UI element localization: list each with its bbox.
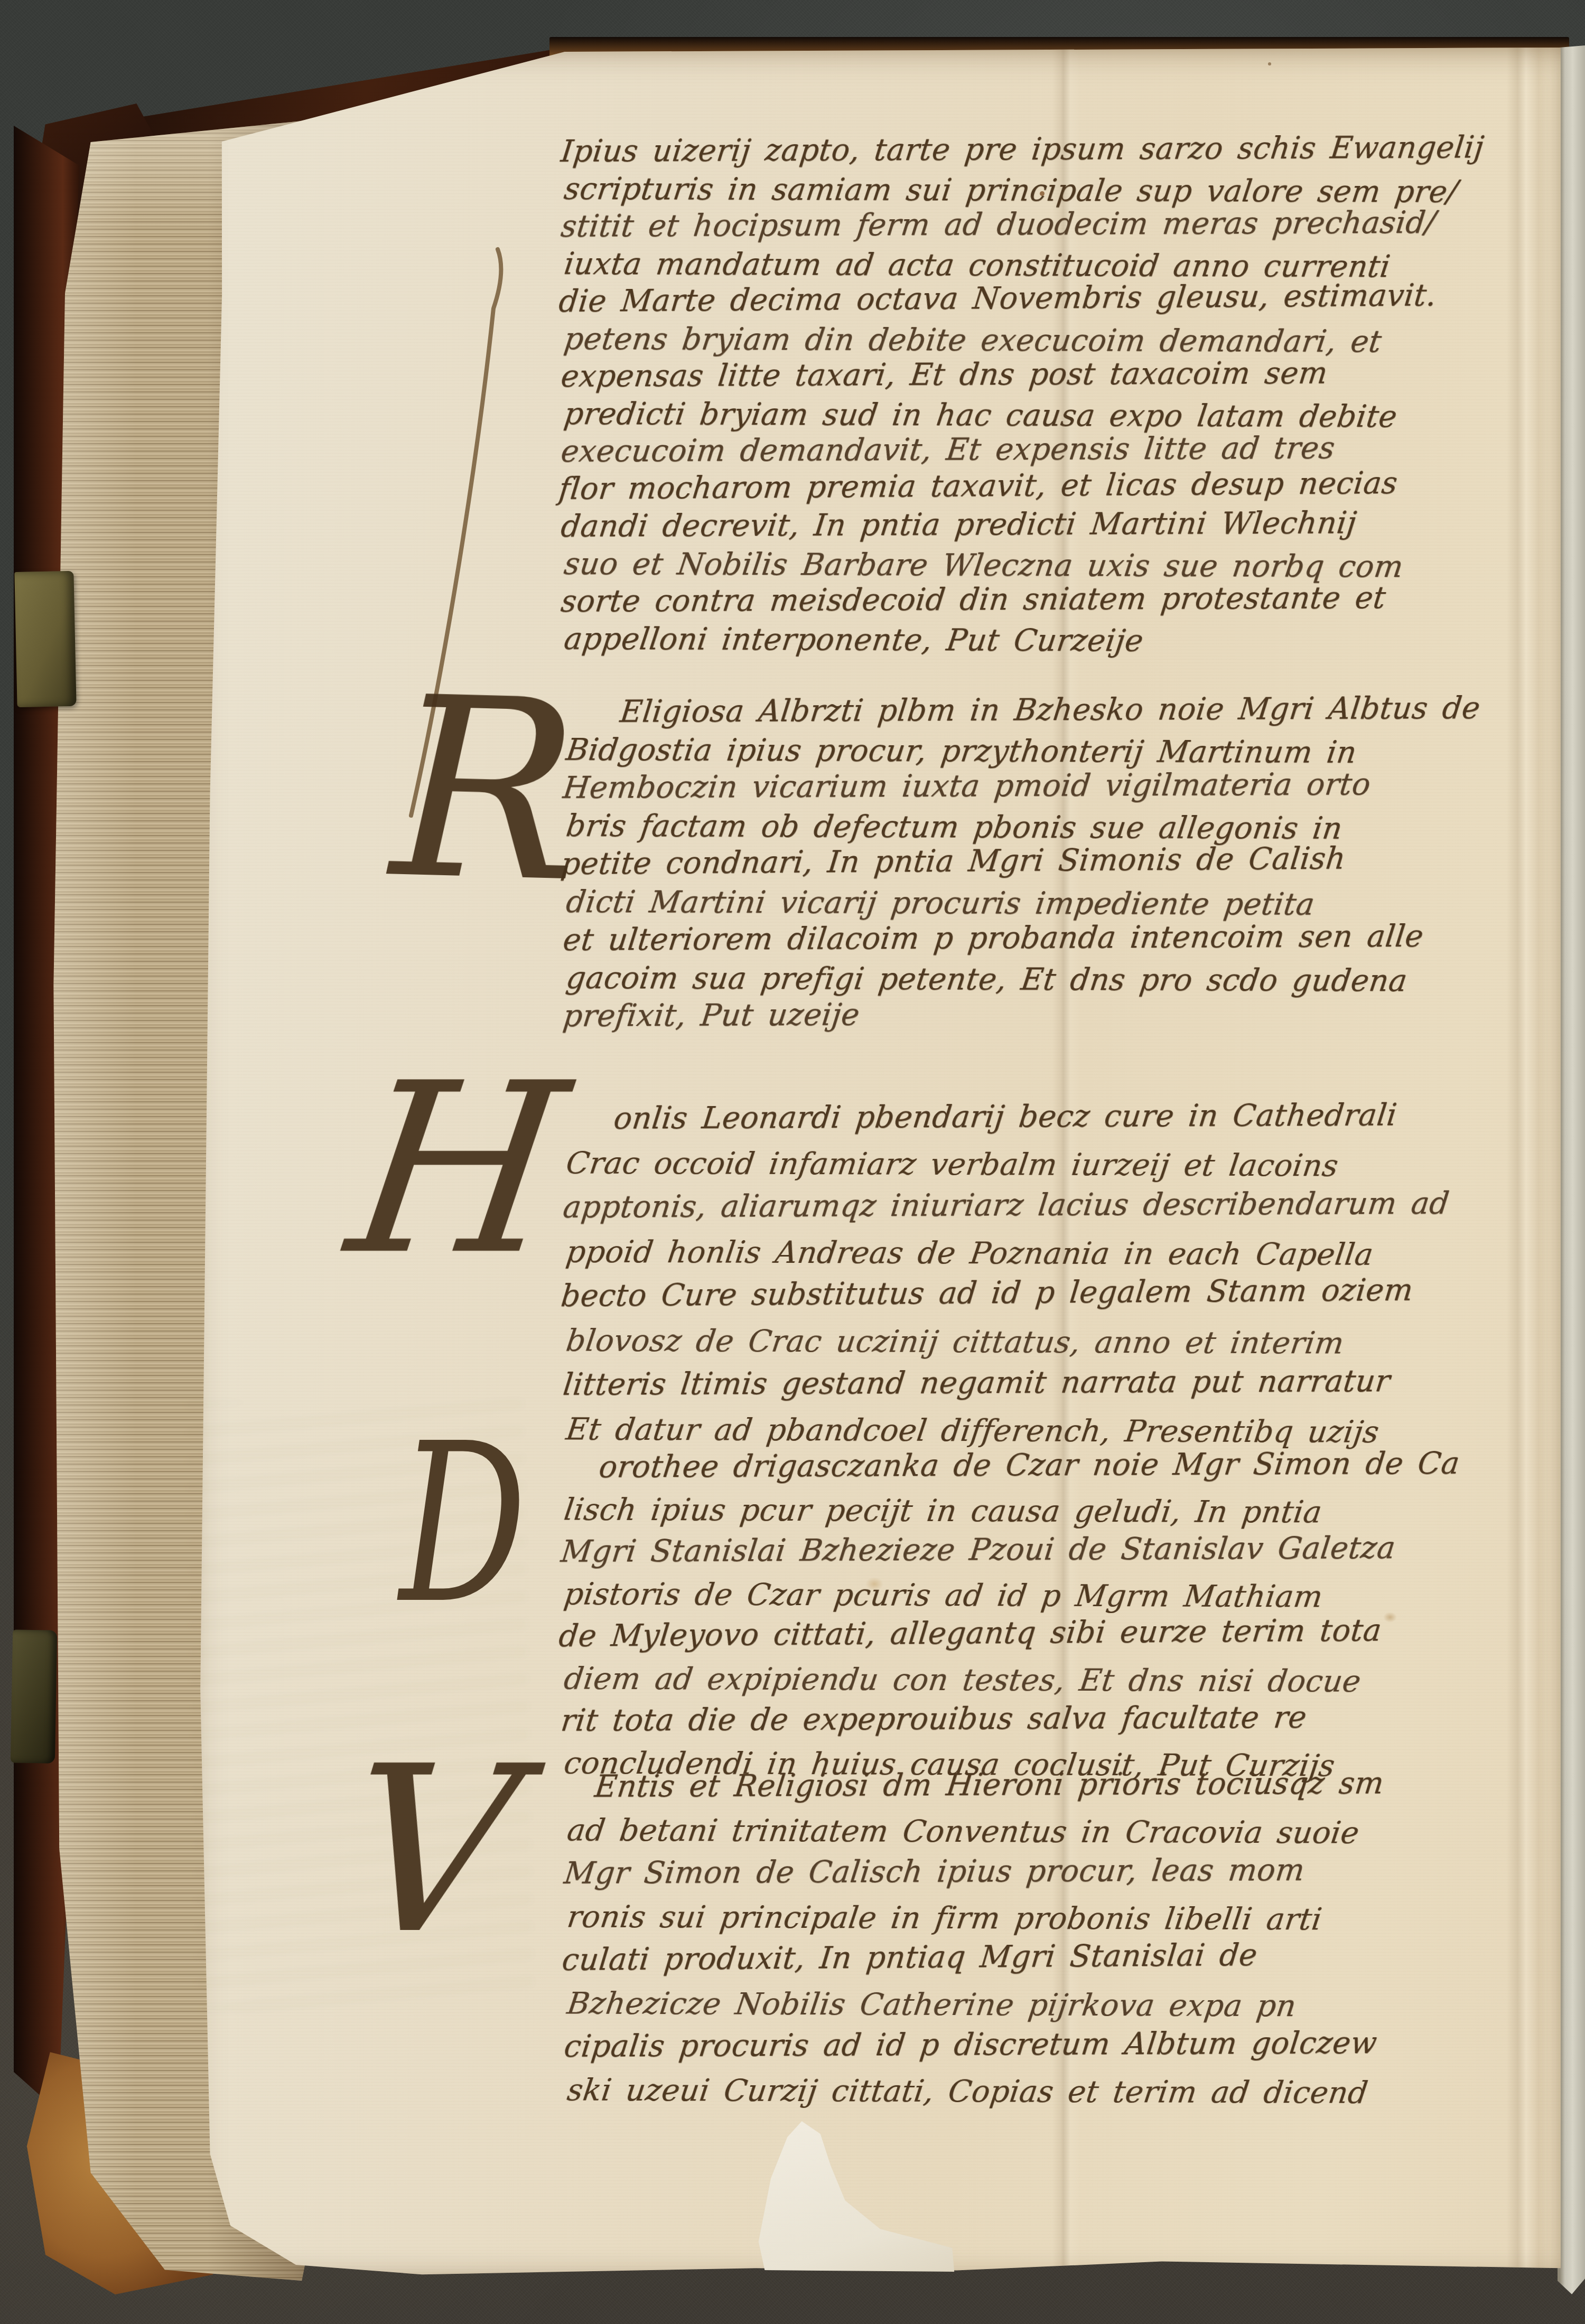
manuscript-text-line: petite condnari, In pntia Mgri Simonis d…	[559, 839, 1483, 883]
manuscript-text-line: Crac occoid infamiarz verbalm iurzeij et…	[563, 1141, 1451, 1188]
manuscript-paragraph-4: orothee drigasczanka de Czar noie Mgr Si…	[561, 1446, 1459, 1784]
manuscript-text-line: litteris ltimis gestand negamit narrata …	[561, 1359, 1452, 1407]
paragraph-initial: D	[399, 1414, 527, 1634]
manuscript-text-block: R H D V Ipius uizerij zapto, tarte pre i…	[0, 0, 1585, 2324]
manuscript-text-line: Eligiosa Albrzti plbm in Bzhesko noie Mg…	[618, 689, 1483, 731]
manuscript-text-line: expensas litte taxari, Et dns post taxac…	[559, 354, 1486, 396]
manuscript-text-line: becto Cure substitutus ad id p legalem S…	[559, 1268, 1452, 1318]
photo-backdrop: R H D V Ipius uizerij zapto, tarte pre i…	[0, 0, 1585, 2324]
manuscript-paragraph-5: Entis et Religiosi dm Hieroni prioris to…	[564, 1765, 1383, 2112]
manuscript-text-line: Bzhezicze Nobilis Catherine pijrkova exp…	[564, 1982, 1386, 2028]
manuscript-text-line: orothee drigasczanka de Czar noie Mgr Si…	[596, 1442, 1462, 1488]
paragraph-initial: R	[389, 664, 582, 917]
manuscript-text-line: stitit et hocipsum ferm ad duodecim mera…	[559, 204, 1486, 246]
manuscript-paragraph-1: Ipius uizerij zapto, tarte pre ipsum sar…	[561, 133, 1483, 658]
manuscript-text-line: ski uzeui Curzij cittati, Copias et teri…	[564, 2068, 1386, 2114]
manuscript-text-line: appelloni interponente, Put Curzeije	[562, 621, 1485, 661]
manuscript-text-line: de Myleyovo cittati, allegantq sibi eurz…	[557, 1609, 1462, 1657]
manuscript-text-line: Mgr Simon de Calisch ipius procur, leas …	[562, 1848, 1386, 1895]
manuscript-text-line: rit tota die de expeprouibus salva facul…	[558, 1696, 1462, 1742]
manuscript-text-line: flor mocharom premia taxavit, et licas d…	[557, 464, 1486, 508]
manuscript-text-line: dandi decrevit, In pntia predicti Martin…	[559, 504, 1486, 546]
manuscript-text-line: execucoim demandavit, Et expensis litte …	[559, 429, 1486, 471]
manuscript-text-line: apptonis, aliarumqz iniuriarz lacius des…	[561, 1182, 1452, 1230]
manuscript-text-line: ad betani trinitatem Conventus in Cracov…	[564, 1808, 1386, 1854]
paragraph-initial: H	[339, 1052, 577, 1287]
manuscript-text-line: Ipius uizerij zapto, tarte pre ipsum sar…	[559, 129, 1486, 171]
manuscript-text-line: Hemboczin vicarium iuxta pmoid vigilmate…	[561, 765, 1483, 807]
manuscript-text-line: cipalis procuris ad id p discretum Albtu…	[562, 2021, 1386, 2068]
manuscript-text-line: et ulteriorem dilacoim p probanda intenc…	[561, 917, 1483, 959]
manuscript-paragraph-2: Eligiosa Albrzti plbm in Bzhesko noie Mg…	[563, 693, 1480, 1035]
manuscript-text-line: sorte contra meisdecoid din sniatem prot…	[559, 579, 1486, 621]
manuscript-text-line: prefixit, Put uzeije	[561, 993, 1483, 1035]
paragraph-initial: V	[339, 1736, 529, 1965]
manuscript-text-line: Mgri Stanislai Bzhezieze Pzoui de Stanis…	[558, 1527, 1462, 1573]
manuscript-paragraph-3: onlis Leonardi pbendarij becz cure in Ca…	[563, 1097, 1449, 1451]
manuscript-text-line: culati produxit, In pntiaq Mgri Stanisla…	[560, 1933, 1386, 1982]
manuscript-text-line: blovosz de Crac uczinij cittatus, anno e…	[563, 1318, 1451, 1366]
manuscript-text-line: Entis et Religiosi dm Hieroni prioris to…	[592, 1761, 1386, 1808]
manuscript-text-line: die Marte decima octava Novembris gleusu…	[557, 277, 1486, 321]
manuscript-text-line: onlis Leonardi pbendarij becz cure in Ca…	[611, 1093, 1452, 1141]
